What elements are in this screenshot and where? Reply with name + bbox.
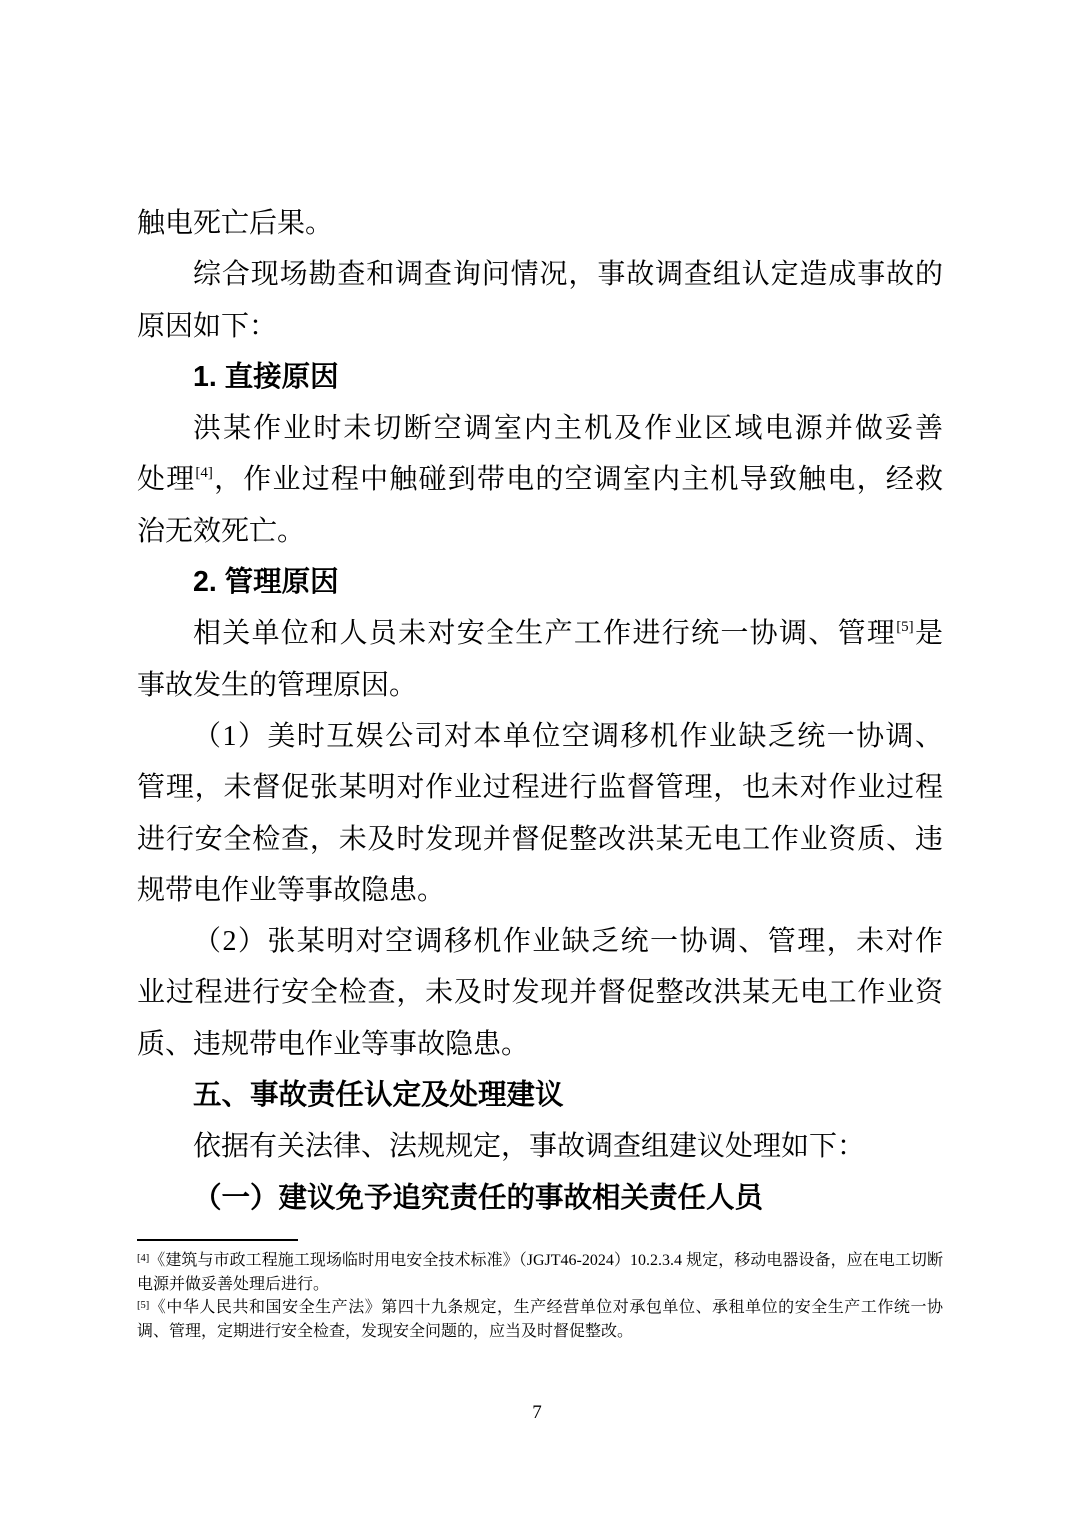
footnote-separator	[137, 1239, 298, 1241]
footnote-marker: [4]	[137, 1253, 149, 1264]
body-line: 处理[4]，作业过程中触碰到带电的空调室内主机导致触电，经救	[137, 454, 943, 505]
body-line: 事故发生的管理原因。	[137, 660, 943, 711]
text-run: 处理	[137, 464, 195, 495]
text-run: 事故发生的管理原因。	[137, 670, 417, 701]
footnote-item: [4]《建筑与市政工程施工现场临时用电安全技术标准》（JGJT46-2024）1…	[137, 1249, 943, 1296]
body-line: 触电死亡后果。	[137, 198, 943, 249]
heading-line: 2. 管理原因	[137, 557, 943, 608]
page-number: 7	[0, 1402, 1074, 1424]
text-run: 是	[914, 618, 943, 649]
text-run: ，作业过程中触碰到带电的空调室内主机导致触电，经救	[213, 464, 943, 495]
body-line: 治无效死亡。	[137, 506, 943, 557]
heading-line: 五、事故责任认定及处理建议	[137, 1070, 943, 1121]
body-line: （1）美时互娱公司对本单位空调移机作业缺乏统一协调、	[137, 711, 943, 762]
text-run: 相关单位和人员未对安全生产工作进行统一协调、管理	[193, 618, 896, 649]
footnote-ref-marker: [5]	[896, 619, 914, 635]
footnote-item: [5]《中华人民共和国安全生产法》第四十九条规定，生产经营单位对承包单位、承租单…	[137, 1296, 943, 1343]
text-run: 规带电作业等事故隐患。	[137, 875, 445, 906]
text-run: 五、事故责任认定及处理建议	[193, 1079, 564, 1111]
text-run: （一）建议免予追究责任的事故相关责任人员	[193, 1182, 763, 1214]
text-run: 业过程进行安全检查，未及时发现并督促整改洪某无电工作业资	[137, 977, 943, 1008]
body-line: 规带电作业等事故隐患。	[137, 865, 943, 916]
body-line: 进行安全检查，未及时发现并督促整改洪某无电工作业资质、违	[137, 814, 943, 865]
footnote-marker: [5]	[137, 1300, 149, 1311]
body-line: 洪某作业时未切断空调室内主机及作业区域电源并做妥善	[137, 403, 943, 454]
text-run: （1）美时互娱公司对本单位空调移机作业缺乏统一协调、	[193, 721, 943, 752]
document-page: 触电死亡后果。综合现场勘查和调查询问情况，事故调查组认定造成事故的原因如下：1.…	[0, 0, 1074, 1520]
document-body: 触电死亡后果。综合现场勘查和调查询问情况，事故调查组认定造成事故的原因如下：1.…	[137, 198, 943, 1224]
footnote-text: 《中华人民共和国安全生产法》第四十九条规定，生产经营单位对承包单位、承租单位的安…	[137, 1299, 943, 1340]
heading-line: 1. 直接原因	[137, 352, 943, 403]
body-line: 原因如下：	[137, 301, 943, 352]
text-run: 依据有关法律、法规规定，事故调查组建议处理如下：	[193, 1131, 865, 1162]
text-run: 进行安全检查，未及时发现并督促整改洪某无电工作业资质、违	[137, 824, 943, 855]
body-line: （2）张某明对空调移机作业缺乏统一协调、管理，未对作	[137, 916, 943, 967]
body-line: 质、违规带电作业等事故隐患。	[137, 1019, 943, 1070]
text-run: 质、违规带电作业等事故隐患。	[137, 1029, 529, 1060]
footnotes-section: [4]《建筑与市政工程施工现场临时用电安全技术标准》（JGJT46-2024）1…	[137, 1249, 943, 1343]
body-line: 综合现场勘查和调查询问情况，事故调查组认定造成事故的	[137, 249, 943, 300]
body-line: 管理，未督促张某明对作业过程进行监督管理，也未对作业过程	[137, 762, 943, 813]
text-run: 触电死亡后果。	[137, 208, 333, 239]
footnote-ref-marker: [4]	[195, 465, 213, 481]
footnote-text: 《建筑与市政工程施工现场临时用电安全技术标准》（JGJT46-2024）10.2…	[137, 1252, 943, 1293]
body-line: 相关单位和人员未对安全生产工作进行统一协调、管理[5]是	[137, 608, 943, 659]
text-run: 1. 直接原因	[193, 361, 339, 393]
text-run: 原因如下：	[137, 311, 277, 342]
text-run: 综合现场勘查和调查询问情况，事故调查组认定造成事故的	[193, 259, 943, 290]
text-run: （2）张某明对空调移机作业缺乏统一协调、管理，未对作	[193, 926, 943, 957]
text-run: 2. 管理原因	[193, 566, 339, 598]
heading-line: （一）建议免予追究责任的事故相关责任人员	[137, 1173, 943, 1224]
text-run: 管理，未督促张某明对作业过程进行监督管理，也未对作业过程	[137, 772, 943, 803]
text-run: 洪某作业时未切断空调室内主机及作业区域电源并做妥善	[193, 413, 943, 444]
body-line: 业过程进行安全检查，未及时发现并督促整改洪某无电工作业资	[137, 967, 943, 1018]
text-run: 治无效死亡。	[137, 516, 305, 547]
body-line: 依据有关法律、法规规定，事故调查组建议处理如下：	[137, 1121, 943, 1172]
